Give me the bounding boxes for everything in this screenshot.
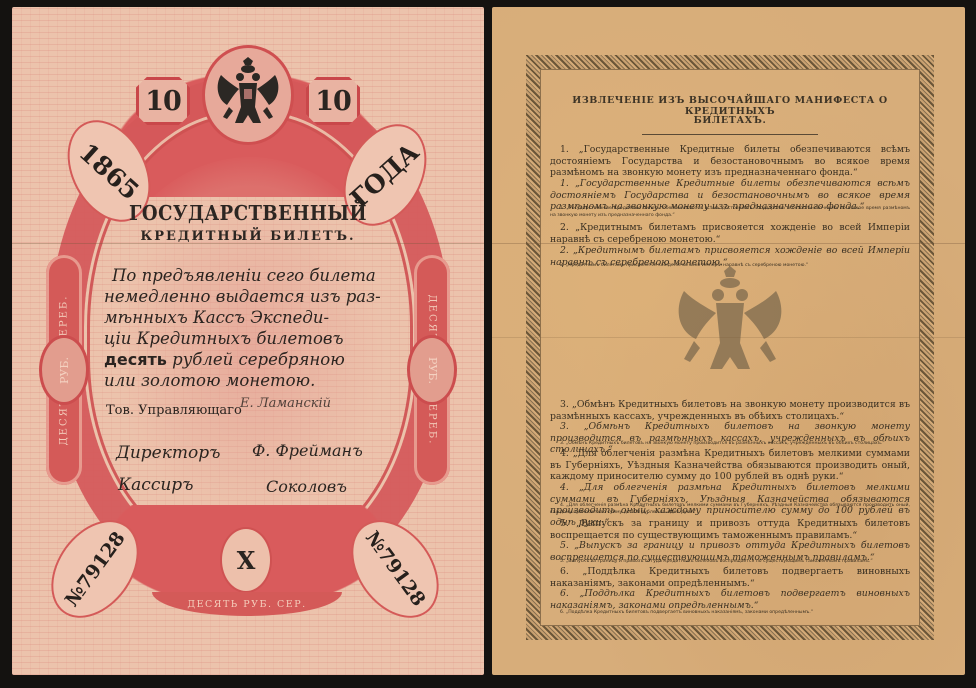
promise-text: По предъявленiи сего билета немедленно в…	[104, 265, 420, 391]
left-side-medallion: РУБ.	[39, 335, 89, 405]
fold-crease	[492, 337, 965, 338]
manifesto-title-line1: ИЗВЛЕЧЕНIЕ ИЗЪ ВЫСОЧАЙШАГО МАНИФЕСТА О К…	[548, 95, 912, 117]
double-headed-eagle-medallion	[202, 45, 294, 145]
clause-4-small: 4. „Для облегченiя размѣна Кредитныхъ би…	[550, 502, 910, 516]
fold-crease	[492, 243, 965, 244]
clause-1-small: 1. „Государственные Кредитные билеты обе…	[550, 205, 910, 219]
side-medal-text: РУБ.	[426, 357, 439, 384]
clause-3-small: 3. „Обмѣнъ Кредитныхъ билетовъ на звонку…	[550, 440, 910, 447]
director-signature: Ф. Фрейманъ	[252, 441, 363, 460]
clause-4-regular: 4. „Для облегченiя размѣна Кредитныхъ би…	[550, 448, 910, 483]
denomination-numeral: 10	[145, 86, 181, 117]
clause-6-italic: 6. „Поддѣлка Кредитныхъ билетовъ подверг…	[550, 588, 910, 611]
clause-5-small: 5. „Выпускъ за границу и привозъ оттуда …	[550, 558, 910, 565]
banknote-back: ИЗВЛЕЧЕНIЕ ИЗЪ ВЫСОЧАЙШАГО МАНИФЕСТА О К…	[492, 7, 965, 675]
manifesto-title-line2: БИЛЕТАХЪ.	[548, 115, 912, 126]
deputy-manager-signature: Е. Ламанскiй	[240, 396, 331, 411]
cashier-row: Кассиръ	[118, 475, 194, 495]
clause-3-regular: 3. „Обмѣнъ Кредитныхъ билетовъ на звонку…	[550, 399, 910, 422]
right-side-medallion: РУБ.	[407, 335, 457, 405]
serial-number: №79128	[361, 527, 430, 610]
denomination-box-right: 10	[306, 77, 360, 125]
note-title-line1: ГОСУДАРСТВЕННЫЙ	[12, 201, 484, 225]
promise-line: рублей серебряною	[172, 350, 345, 369]
faded-eagle-watermark-icon	[670, 265, 790, 385]
amount-word: десять	[104, 350, 167, 369]
double-headed-eagle-icon	[213, 55, 283, 135]
clause-6-small: 6. „Поддѣлка Кредитныхъ билетовъ подверг…	[550, 609, 910, 616]
roman-numeral-medallion: X	[220, 527, 272, 593]
director-row: Директоръ	[116, 443, 220, 463]
promise-line: или золотою монетою.	[104, 370, 420, 391]
deputy-manager-row: Тов. Управляющаго	[106, 399, 242, 418]
title-divider	[642, 134, 818, 135]
denomination-numeral: 10	[315, 86, 351, 117]
promise-line: По предъявленiи сего билета	[104, 265, 420, 286]
clause-2-regular: 2. „Кредитнымъ билетамъ присвояется хожд…	[550, 222, 910, 245]
denomination-box-left: 10	[136, 77, 190, 125]
clause-6-regular: 6. „Поддѣлка Кредитныхъ билетовъ подверг…	[550, 566, 910, 589]
bottom-banner-text: ДЕСЯТЬ РУБ. СЕР.	[187, 599, 306, 610]
clause-1-regular: 1. „Государственные Кредитные билеты обе…	[550, 144, 910, 179]
deputy-manager-label: Тов. Управляющаго	[106, 403, 242, 418]
side-medal-text: РУБ.	[58, 357, 71, 384]
director-label: Директоръ	[116, 443, 220, 463]
roman-numeral: X	[237, 546, 256, 575]
promise-line: цiи Кредитныхъ билетовъ	[104, 328, 420, 349]
promise-line-amount: десять рублей серебряною	[104, 349, 420, 370]
fold-crease	[12, 243, 484, 244]
promise-line: мѣнныхъ Кассъ Экспеди-	[104, 307, 420, 328]
clause-5-regular: 5. „Выпускъ за границу и привозъ оттуда …	[550, 518, 910, 541]
promise-line: немедленно выдается изъ раз-	[104, 286, 420, 307]
banknote-front: 10 10 1865 ГОДА ГОСУДАРСТВЕННЫЙ КРЕДИТНЫ…	[12, 7, 484, 675]
note-title-line2: КРЕДИТНЫЙ БИЛЕТЪ.	[12, 229, 484, 244]
cashier-signature: Соколовъ	[266, 477, 347, 496]
year-text: 1865	[73, 137, 144, 205]
cashier-label: Кассиръ	[118, 475, 194, 495]
